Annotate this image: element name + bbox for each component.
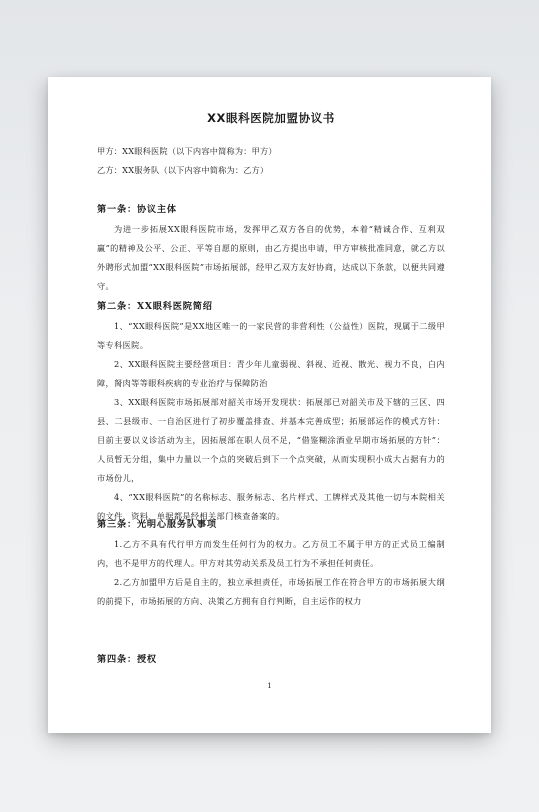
section-2-hospital-intro: 第二条：XX眼科医院简绍 1、“XX眼科医院”是XX地区唯一的一家民营的非营利性… — [97, 297, 445, 526]
section-paragraph: 3、XX眼科医院市场拓展部对韶关市场开发现状：拓展部已对韶关市及下辖的三区、四县… — [97, 393, 445, 488]
section-1-agreement-parties: 第一条：协议主体 为进一步拓展XX眼科医院市场，发挥甲乙双方各自的优势，本着“精… — [97, 200, 445, 296]
section-paragraph: 为进一步拓展XX眼科医院市场，发挥甲乙双方各自的优势，本着“精诚合作、互利双赢”… — [97, 220, 445, 296]
section-paragraph: 2.乙方加盟甲方后是自主的，独立承担责任，市场拓展工作在符合甲方的市场拓展大纲的… — [97, 573, 445, 611]
document-page: XX眼科医院加盟协议书 甲方：XX眼科医院（以下内容中简称为：甲方） 乙方：XX… — [48, 77, 491, 733]
section-paragraph: 1.乙方不具有代行甲方而发生任何行为的权力。乙方员工不属于甲方的正式员工编制内，… — [97, 535, 445, 573]
section-paragraph: 1、“XX眼科医院”是XX地区唯一的一家民营的非营利性（公益性）医院，现属于二级… — [97, 317, 445, 355]
section-heading: 第三条：光明心服务队事项 — [97, 515, 445, 535]
party-b-line: 乙方：XX服务队（以下内容中简称为：乙方） — [97, 165, 268, 176]
page-number: 1 — [48, 682, 491, 690]
section-3-service-team-matters: 第三条：光明心服务队事项 1.乙方不具有代行甲方而发生任何行为的权力。乙方员工不… — [97, 515, 445, 611]
party-a-line: 甲方：XX眼科医院（以下内容中简称为：甲方） — [97, 146, 277, 157]
section-4-authorization: 第四条：授权 — [97, 650, 445, 670]
section-heading: 第二条：XX眼科医院简绍 — [97, 297, 445, 317]
section-heading: 第一条：协议主体 — [97, 200, 445, 220]
document-title: XX眼科医院加盟协议书 — [97, 110, 445, 126]
section-heading: 第四条：授权 — [97, 650, 445, 670]
section-paragraph: 2、XX眼科医院主要经营项目：青少年儿童弱视、斜视、近视、散光、视力不良，白内障… — [97, 355, 445, 393]
